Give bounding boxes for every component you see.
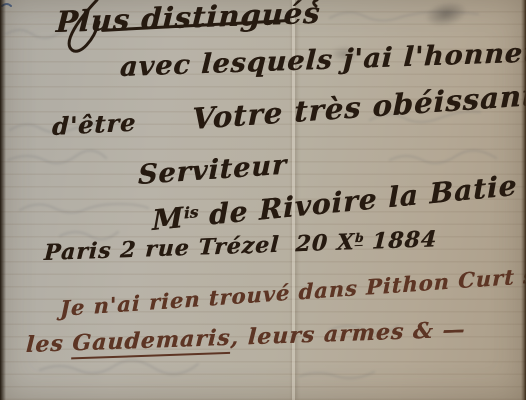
signature-superscript: is: [184, 203, 199, 222]
dateline-year: 1884: [363, 226, 438, 255]
letter-photo: Plus distingués avec lesquels j'ai l'hon…: [0, 0, 526, 400]
photo-edge-left: [0, 0, 6, 400]
postscript-before: les: [25, 330, 73, 358]
line-detre: d'être: [51, 108, 137, 141]
signature-initial: M: [152, 201, 184, 237]
postscript-underlined-name: Gaudemaris: [72, 325, 232, 360]
photo-edge-right: [521, 0, 526, 400]
dateline-day: 20 X: [295, 229, 356, 257]
line-detre-text: d'être: [51, 108, 136, 142]
